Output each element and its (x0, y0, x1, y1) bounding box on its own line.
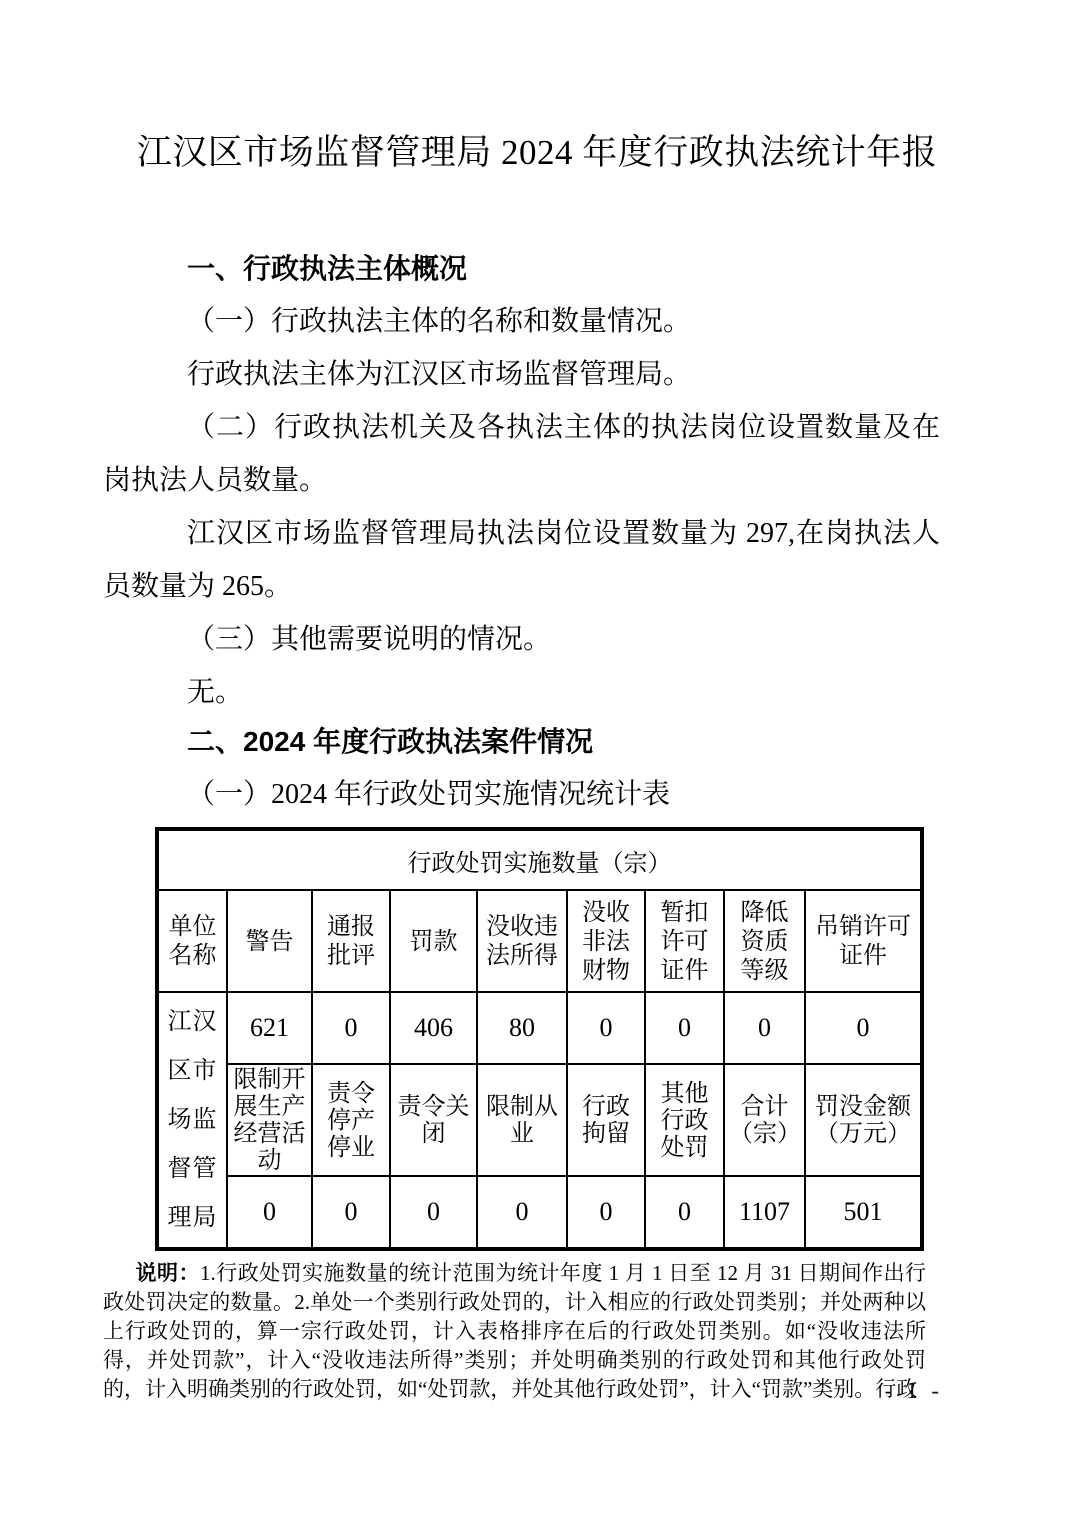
paragraph-other-label: （三）其他需要说明的情况。 (103, 613, 940, 666)
header-cell: 罚没金额（万元） (805, 1064, 922, 1176)
data-cell: 0 (312, 992, 390, 1064)
header-cell: 限制开展生产经营活动 (227, 1064, 312, 1176)
data-cell: 621 (227, 992, 312, 1064)
page-number: - 1 - (885, 1378, 943, 1404)
data-cell: 0 (567, 992, 645, 1064)
paragraph-posts-label: （二）行政执法机关及各执法主体的执法岗位设置数量及在岗执法人员数量。 (103, 401, 940, 507)
data-cell: 0 (724, 992, 805, 1064)
header-cell: 限制从业 (477, 1064, 567, 1176)
table-header-row-2: 限制开展生产经营活动 责令停产停业 责令关闭 限制从业 行政拘留 其他行政处罚 … (157, 1064, 922, 1176)
header-cell: 吊销许可证件 (805, 890, 922, 992)
table-title-row: 行政处罚实施数量（宗） (157, 829, 922, 890)
data-cell: 80 (477, 992, 567, 1064)
section-1-heading: 一、行政执法主体概况 (103, 242, 940, 295)
unit-name-cell: 江汉区市场监督管理局 (157, 992, 227, 1249)
data-cell: 0 (477, 1176, 567, 1249)
header-cell: 责令停产停业 (312, 1064, 390, 1176)
table-notes: 说明：1.行政处罚实施数量的统计范围为统计年度 1 月 1 日至 12 月 31… (103, 1259, 926, 1404)
data-cell: 0 (805, 992, 922, 1064)
paragraph-posts-value: 江汉区市场监督管理局执法岗位设置数量为 297,在岗执法人员数量为 265。 (103, 507, 940, 613)
data-cell: 0 (312, 1176, 390, 1249)
document-page: 江汉区市场监督管理局 2024 年度行政执法统计年报 一、行政执法主体概况 （一… (0, 0, 1074, 1520)
header-cell: 暂扣许可证件 (645, 890, 724, 992)
header-cell: 没收非法财物 (567, 890, 645, 992)
paragraph-other-value: 无。 (103, 666, 940, 719)
header-cell: 罚款 (390, 890, 477, 992)
table-title-cell: 行政处罚实施数量（宗） (157, 829, 922, 890)
table-header-row-1: 单位名称 警告 通报批评 罚款 没收违法所得 没收非法财物 暂扣许可证件 降低资… (157, 890, 922, 992)
unit-name-header-cell: 单位名称 (157, 890, 227, 992)
header-cell: 警告 (227, 890, 312, 992)
section-2-heading: 二、2024 年度行政执法案件情况 (103, 715, 940, 768)
header-cell: 没收违法所得 (477, 890, 567, 992)
data-cell: 0 (227, 1176, 312, 1249)
data-cell: 406 (390, 992, 477, 1064)
header-cell: 合计（宗） (724, 1064, 805, 1176)
header-cell: 降低资质等级 (724, 890, 805, 992)
data-cell: 0 (390, 1176, 477, 1249)
notes-text: 1.行政处罚实施数量的统计范围为统计年度 1 月 1 日至 12 月 31 日期… (103, 1261, 926, 1401)
penalty-statistics-table: 行政处罚实施数量（宗） 单位名称 警告 通报批评 罚款 没收违法所得 没收非法财… (155, 827, 924, 1251)
data-cell: 0 (645, 992, 724, 1064)
header-cell: 行政拘留 (567, 1064, 645, 1176)
document-body: 一、行政执法主体概况 （一）行政执法主体的名称和数量情况。 行政执法主体为江汉区… (103, 242, 940, 1404)
data-cell: 1107 (724, 1176, 805, 1249)
document-title: 江汉区市场监督管理局 2024 年度行政执法统计年报 (0, 130, 1074, 176)
data-cell: 0 (645, 1176, 724, 1249)
header-cell: 通报批评 (312, 890, 390, 992)
table-data-row-2: 0 0 0 0 0 0 1107 501 (157, 1176, 922, 1249)
paragraph-table-caption: （一）2024 年行政处罚实施情况统计表 (103, 768, 940, 821)
header-cell: 其他行政处罚 (645, 1064, 724, 1176)
table-data-row-1: 江汉区市场监督管理局 621 0 406 80 0 0 0 0 (157, 992, 922, 1064)
header-cell: 责令关闭 (390, 1064, 477, 1176)
paragraph-subject-name-label: （一）行政执法主体的名称和数量情况。 (103, 295, 940, 348)
paragraph-subject-name-value: 行政执法主体为江汉区市场监督管理局。 (103, 348, 940, 401)
data-cell: 501 (805, 1176, 922, 1249)
data-cell: 0 (567, 1176, 645, 1249)
notes-label: 说明： (136, 1262, 200, 1285)
